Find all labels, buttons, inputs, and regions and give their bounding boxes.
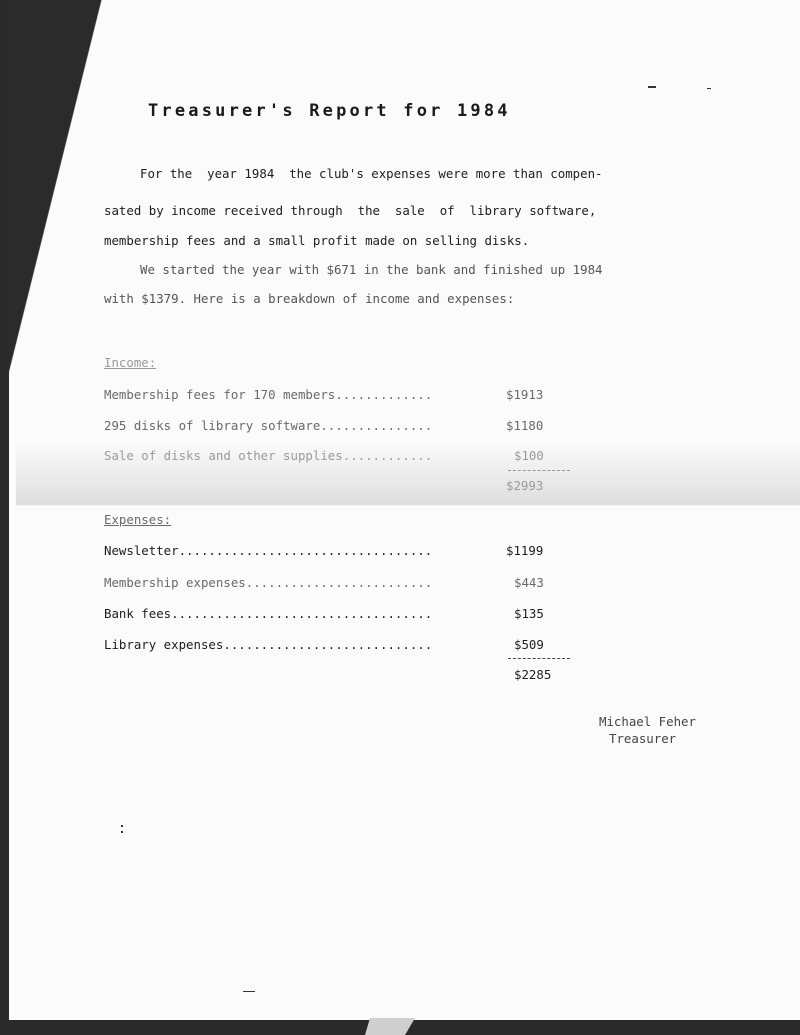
expense-item-amount: $1199	[506, 543, 543, 558]
expenses-heading: Expenses:	[104, 512, 171, 527]
expense-item-amount: $135	[514, 606, 544, 621]
expense-item-label: Membership expenses.....................…	[104, 575, 432, 590]
income-item-label: Sale of disks and other supplies........…	[104, 448, 432, 463]
expense-item-label: Newsletter..............................…	[104, 543, 432, 558]
income-heading: Income:	[104, 355, 156, 370]
speck	[648, 86, 656, 88]
speck	[243, 991, 255, 992]
expense-item-amount: $509	[514, 637, 544, 652]
expenses-separator	[508, 658, 570, 659]
document-page	[8, 0, 800, 1020]
signature-role: Treasurer	[609, 731, 676, 746]
scan-left-edge	[0, 0, 9, 1035]
balance-line-1: We started the year with $671 in the ban…	[140, 262, 603, 277]
income-separator	[508, 470, 570, 471]
speck	[121, 825, 123, 827]
speck	[121, 831, 123, 833]
expense-item-label: Library expenses........................…	[104, 637, 432, 652]
income-item-label: 295 disks of library software...........…	[104, 418, 432, 433]
income-total: $2993	[506, 478, 543, 493]
income-item-label: Membership fees for 170 members.........…	[104, 387, 432, 402]
intro-line-3: membership fees and a small profit made …	[104, 233, 529, 248]
page-title: Treasurer's Report for 1984	[148, 101, 668, 121]
intro-line-1: For the year 1984 the club's expenses we…	[140, 166, 603, 181]
intro-line-2: sated by income received through the sal…	[104, 203, 596, 218]
folded-corner	[0, 0, 102, 410]
expense-item-amount: $443	[514, 575, 544, 590]
income-item-amount: $1913	[506, 387, 543, 402]
expenses-total: $2285	[514, 667, 551, 682]
signature-name: Michael Feher	[599, 714, 696, 729]
expense-item-label: Bank fees...............................…	[104, 606, 432, 621]
income-item-amount: $100	[514, 448, 544, 463]
speck	[707, 88, 711, 89]
balance-line-2: with $1379. Here is a breakdown of incom…	[104, 291, 514, 306]
income-item-amount: $1180	[506, 418, 543, 433]
